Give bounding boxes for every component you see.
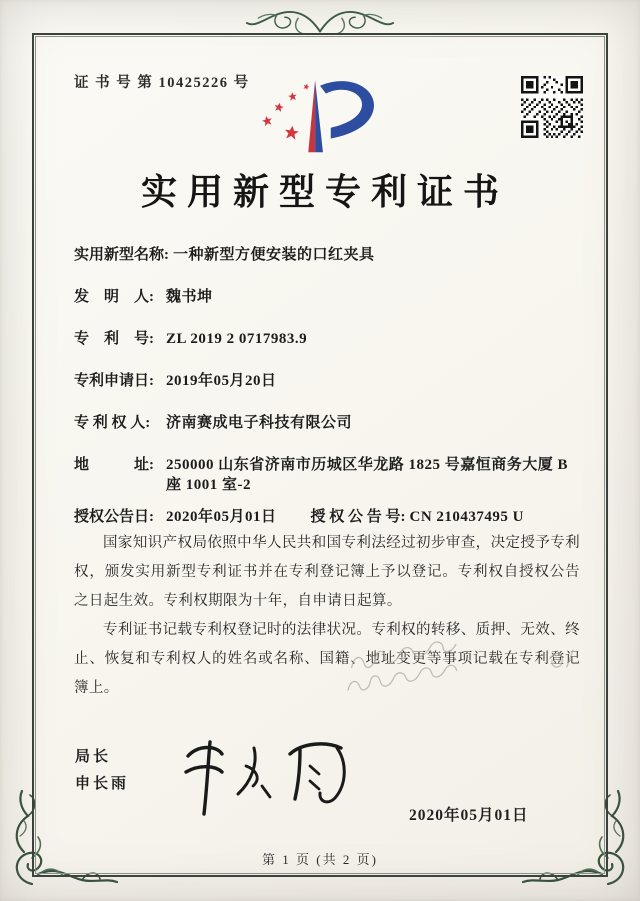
field-row-filing-date: 专利申请日: 2019年05月20日: [74, 371, 582, 391]
field-value: 2020年05月01日: [166, 507, 277, 527]
field-label: 专 利 权 人:: [74, 413, 162, 433]
field-row-name: 实用新型名称: 一种新型方便安装的口红夹具: [74, 245, 582, 265]
field-value: 250000 山东省济南市历城区华龙路 1825 号嘉恒商务大厦 B 座 100…: [166, 455, 582, 495]
fields-section: 实用新型名称: 一种新型方便安装的口红夹具 发 明 人: 魏书坤 专 利 号: …: [74, 245, 582, 549]
field-value: 2019年05月20日: [166, 371, 582, 391]
field-value: 济南赛成电子科技有限公司: [166, 413, 582, 433]
certificate-page: 证 书 号 第 10425226 号 实用新型专利证书 实用新型名称: 一种新型…: [0, 0, 640, 901]
field-label: 专利申请日:: [74, 371, 162, 391]
body-paragraph-1: 国家知识产权局依照中华人民共和国专利法经过初步审查，决定授予专利权，颁发实用新型…: [74, 529, 580, 616]
field-row-inventor: 发 明 人: 魏书坤: [74, 287, 582, 307]
field-row-patent-number: 专 利 号: ZL 2019 2 0717983.9: [74, 329, 582, 349]
field-value: 魏书坤: [166, 287, 582, 307]
qr-code: [521, 76, 583, 138]
signer-title: 局长: [75, 745, 111, 766]
field-value: ZL 2019 2 0717983.9: [166, 329, 582, 349]
cnipa-logo-icon: [246, 74, 394, 162]
field-row-patentee: 专 利 权 人: 济南赛成电子科技有限公司: [74, 413, 582, 433]
field-label: 发 明 人:: [74, 287, 162, 307]
field-row-grant: 授权公告日: 2020年05月01日 授 权 公 告 号: CN 2104374…: [74, 507, 582, 527]
page-number: 第 1 页 (共 2 页): [0, 849, 640, 868]
certificate-title: 实用新型专利证书: [0, 164, 640, 215]
field-label: 授 权 公 告 号:: [311, 507, 406, 527]
field-label: 地 址:: [74, 455, 162, 475]
field-row-address: 地 址: 250000 山东省济南市历城区华龙路 1825 号嘉恒商务大厦 B …: [74, 455, 582, 495]
issue-date: 2020年05月01日: [409, 803, 529, 825]
field-label: 授权公告日:: [74, 507, 162, 527]
field-label: 专 利 号:: [74, 329, 162, 349]
signer-name: 申长雨: [75, 772, 129, 793]
field-value: CN 210437495 U: [410, 507, 525, 527]
field-label: 实用新型名称:: [74, 245, 169, 265]
signature-handwriting: [150, 726, 382, 821]
certificate-number: 证 书 号 第 10425226 号: [74, 71, 250, 92]
field-value: 一种新型方便安装的口红夹具: [173, 245, 582, 265]
